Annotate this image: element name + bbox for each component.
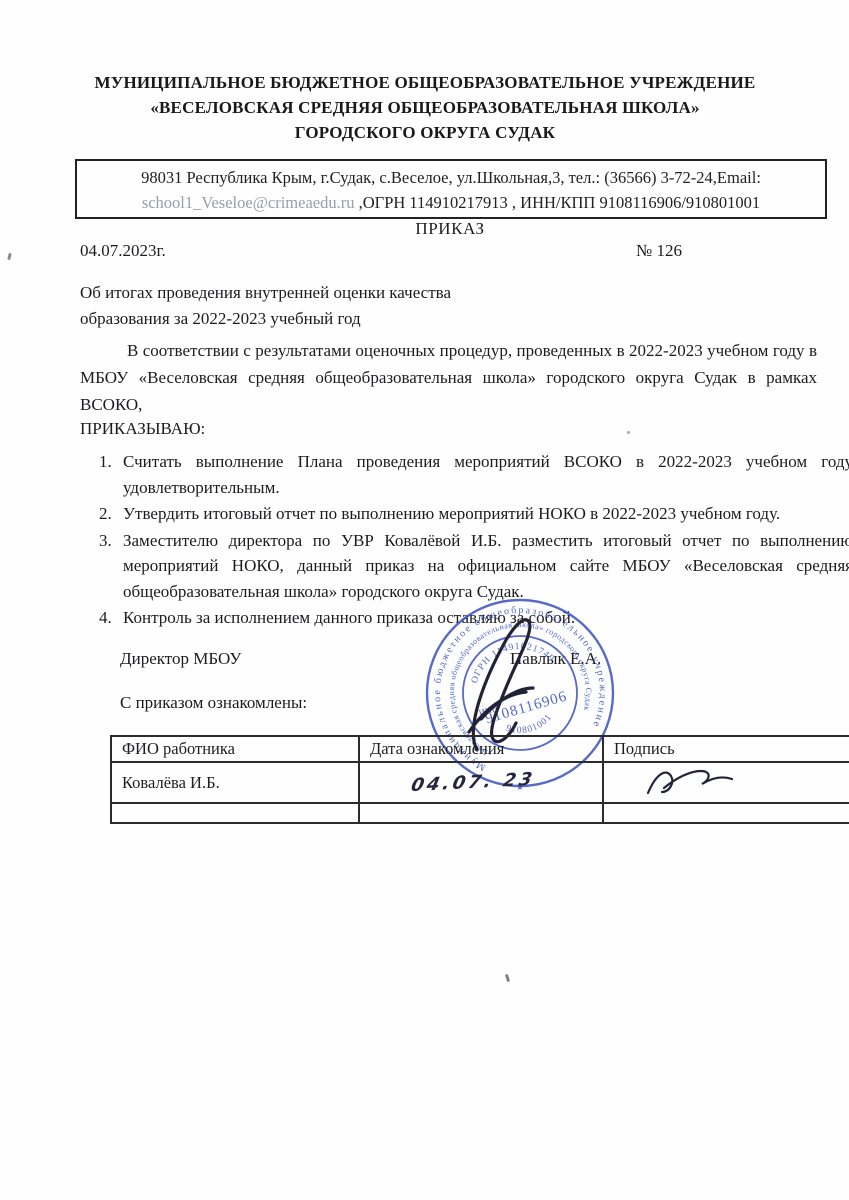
handwritten-date: 04.07. 23 <box>409 769 537 796</box>
order-item-2: Утвердить итоговый отчет по выполнению м… <box>116 501 849 527</box>
org-header: МУНИЦИПАЛЬНОЕ БЮДЖЕТНОЕ ОБЩЕОБРАЗОВАТЕЛЬ… <box>60 70 790 145</box>
email-text: school1_Veseloe@crimeaedu.ru <box>142 193 355 212</box>
decree-word: ПРИКАЗЫВАЮ: <box>80 419 205 439</box>
order-date: 04.07.2023г. <box>80 241 166 260</box>
scan-artifact <box>627 431 630 434</box>
org-name-line-2: «ВЕСЕЛОВСКАЯ СРЕДНЯЯ ОБЩЕОБРАЗОВАТЕЛЬНАЯ… <box>60 95 790 120</box>
header-date: Дата ознакомления <box>359 736 603 762</box>
cell-empty-date <box>359 803 603 823</box>
order-date-row: 04.07.2023г. № 126 <box>80 241 815 261</box>
table-empty-row <box>111 803 849 823</box>
order-subject: Об итогах проведения внутренней оценки к… <box>80 280 680 332</box>
cell-date-handwritten: 04.07. 23 <box>359 762 603 803</box>
subject-line-1: Об итогах проведения внутренней оценки к… <box>80 280 680 306</box>
table-row: Ковалёва И.Б. 04.07. 23 <box>111 762 849 803</box>
cell-empty-signature <box>603 803 849 823</box>
scan-artifact <box>7 253 12 261</box>
order-title: ПРИКАЗ <box>85 219 815 239</box>
ogrn-inn-text: ,ОГРН 114910217913 , ИНН/КПП 9108116906/… <box>354 193 760 212</box>
acquainted-label: С приказом ознакомлены: <box>120 693 307 713</box>
cell-employee-name: Ковалёва И.Б. <box>111 762 359 803</box>
org-name-line-3: ГОРОДСКОГО ОКРУГА СУДАК <box>60 120 790 145</box>
kovaleva-signature <box>644 766 739 798</box>
header-fio: ФИО работника <box>111 736 359 762</box>
contact-line-1: 98031 Республика Крым, г.Судак, с.Весело… <box>77 165 825 190</box>
document-page: МУНИЦИПАЛЬНОЕ БЮДЖЕТНОЕ ОБЩЕОБРАЗОВАТЕЛЬ… <box>0 0 849 1200</box>
contact-info-box: 98031 Республика Крым, г.Судак, с.Весело… <box>75 159 827 219</box>
acknowledgment-table: ФИО работника Дата ознакомления Подпись … <box>110 735 849 824</box>
order-number: № 126 <box>636 241 682 261</box>
scan-artifact <box>505 974 510 983</box>
table-header-row: ФИО работника Дата ознакомления Подпись <box>111 736 849 762</box>
header-signature: Подпись <box>603 736 849 762</box>
cell-empty-name <box>111 803 359 823</box>
contact-line-2: school1_Veseloe@crimeaedu.ru ,ОГРН 11491… <box>77 190 825 215</box>
subject-line-2: образования за 2022-2023 учебный год <box>80 306 680 332</box>
org-name-line-1: МУНИЦИПАЛЬНОЕ БЮДЖЕТНОЕ ОБЩЕОБРАЗОВАТЕЛЬ… <box>60 70 790 95</box>
director-label: Директор МБОУ <box>120 649 241 669</box>
order-preamble: В соответствии с результатами оценочных … <box>80 337 817 418</box>
cell-signature-handwritten <box>603 762 849 803</box>
order-item-1: Считать выполнение Плана проведения меро… <box>116 449 849 500</box>
